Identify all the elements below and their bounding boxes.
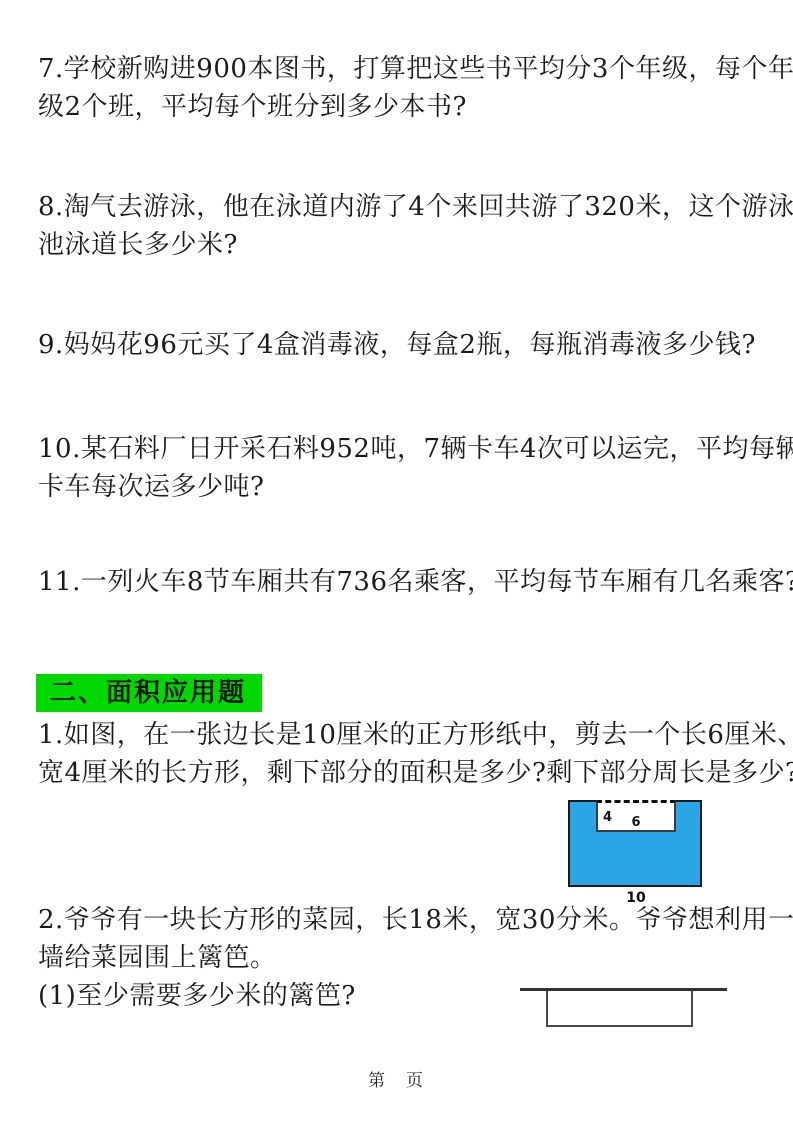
question-8: 8.淘气去游泳，他在泳道内游了4个来回共游了320米，这个游泳 池泳道长多少米?	[38, 188, 770, 264]
page-footer: 第 页	[0, 1066, 793, 1091]
question-11: 11.一列火车8节车厢共有736名乘客，平均每节车厢有几名乘客?	[38, 563, 770, 601]
question-8-line-2: 池泳道长多少米?	[38, 226, 770, 264]
question-11-line-1: 11.一列火车8节车厢共有736名乘客，平均每节车厢有几名乘客?	[38, 563, 770, 601]
question-10-line-1: 10.某石料厂日开采石料952吨，7辆卡车4次可以运完，平均每辆	[38, 430, 770, 468]
area-question-2-line-2: 墙给菜园围上篱笆。	[38, 939, 770, 977]
worksheet-page: 7.学校新购进900本图书，打算把这些书平均分3个年级，每个年 级2个班，平均每…	[0, 0, 793, 1122]
area-question-2-line-1: 2.爷爷有一块长方形的菜园，长18米，宽30分米。爷爷想利用一面	[38, 901, 770, 939]
question-10: 10.某石料厂日开采石料952吨，7辆卡车4次可以运完，平均每辆 卡车每次运多少…	[38, 430, 770, 506]
figure-label-cut-height: 4	[603, 811, 612, 824]
area-question-1-line-2: 宽4厘米的长方形，剩下部分的面积是多少?剩下部分周长是多少?	[38, 754, 770, 792]
cutout-rectangle-shape: 4 6	[596, 800, 676, 832]
question-7-line-2: 级2个班，平均每个班分到多少本书?	[38, 88, 770, 126]
question-9-line-1: 9.妈妈花96元买了4盒消毒液，每盒2瓶，每瓶消毒液多少钱?	[38, 326, 770, 364]
figure-label-cut-width: 6	[631, 816, 640, 829]
garden-rectangle-shape	[546, 991, 693, 1027]
section-area-header: 二、面积应用题	[36, 674, 262, 712]
question-7: 7.学校新购进900本图书，打算把这些书平均分3个年级，每个年 级2个班，平均每…	[38, 50, 770, 126]
question-9: 9.妈妈花96元买了4盒消毒液，每盒2瓶，每瓶消毒液多少钱?	[38, 326, 770, 364]
area-question-1: 1.如图，在一张边长是10厘米的正方形纸中，剪去一个长6厘米、 宽4厘米的长方形…	[38, 716, 770, 792]
area-question-1-line-1: 1.如图，在一张边长是10厘米的正方形纸中，剪去一个长6厘米、	[38, 716, 770, 754]
question-8-line-1: 8.淘气去游泳，他在泳道内游了4个来回共游了320米，这个游泳	[38, 188, 770, 226]
blue-square-shape: 4 6	[568, 800, 702, 887]
question-10-line-2: 卡车每次运多少吨?	[38, 468, 770, 506]
question-7-line-1: 7.学校新购进900本图书，打算把这些书平均分3个年级，每个年	[38, 50, 770, 88]
figure-square-with-cutout: 4 6 10	[568, 800, 704, 906]
